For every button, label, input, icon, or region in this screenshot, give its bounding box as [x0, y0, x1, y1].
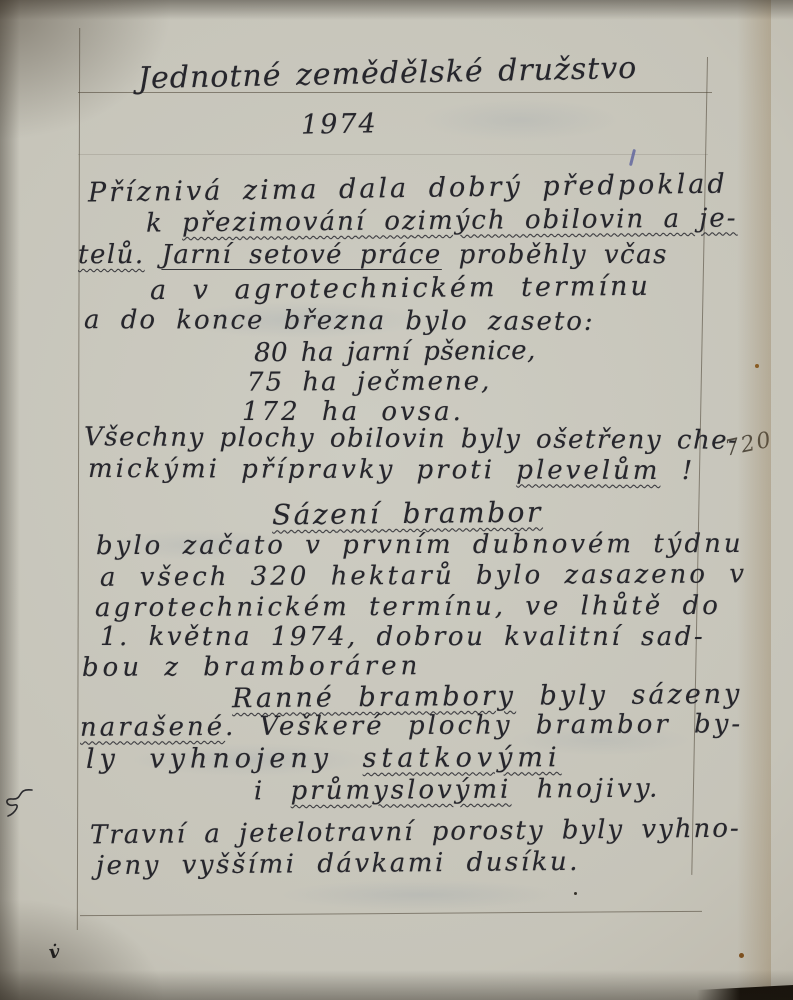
text-line: a v agrotechnickém termínu	[150, 271, 651, 306]
text-segment: telů.	[78, 240, 145, 270]
text-line: bylo začato v prvním dubnovém týdnu	[96, 529, 744, 561]
text-segment: bou z bramboráren	[82, 651, 421, 683]
text-segment: Ranné brambory	[232, 681, 516, 714]
text-line: bou z bramboráren	[82, 651, 421, 683]
text-line: mickými přípravky proti plevelům !	[88, 454, 695, 486]
blue-ink-mark	[629, 149, 636, 166]
text-segment: bylo začato v prvním dubnovém týdnu	[96, 529, 744, 561]
text-segment: Jednotné zemědělské družstvo	[138, 51, 638, 96]
ruled-line-bottom	[80, 911, 702, 916]
text-line: a všech 320 hektarů bylo zasazeno v	[100, 559, 747, 592]
text-segment: jeny vyššími dávkami dusíku.	[96, 847, 580, 881]
text-line: k přezimování ozimých obilovin a je-	[146, 203, 738, 238]
book-edge-strip	[767, 0, 793, 1000]
text-line: Travní a jetelotravní porosty byly vyhno…	[90, 814, 741, 851]
text-segment: přezimování ozimých obilovin a je-	[182, 203, 738, 238]
text-segment: 1. května 1974, dobrou kvalitní sad-	[100, 622, 705, 652]
text-segment	[145, 240, 162, 270]
text-segment: proběhly včas	[442, 240, 668, 270]
text-segment: 1974	[301, 108, 378, 140]
year-heading: 1974	[301, 108, 378, 140]
margin-check-mark: v̇	[48, 942, 61, 964]
notebook-page: Jednotné zemědělské družstvo1974Příznivá…	[0, 0, 793, 1000]
text-line: narašené. Veškeré plochy brambor by-	[80, 709, 743, 742]
text-segment: hnojivy.	[511, 774, 660, 805]
text-segment: a v agrotechnickém termínu	[150, 271, 651, 306]
text-segment: Příznivá zima dala dobrý předpoklad	[88, 169, 728, 209]
text-line: 75 ha ječmene,	[247, 366, 491, 397]
text-segment: Sázení brambor	[272, 496, 543, 532]
text-line: jeny vyššími dávkami dusíku.	[96, 847, 580, 881]
text-segment: mickými přípravky proti	[88, 454, 516, 485]
ruled-line-faint	[78, 154, 708, 155]
paper-speck	[755, 364, 759, 368]
text-segment: plevelům	[516, 455, 660, 486]
text-segment: průmyslovými	[290, 775, 511, 807]
text-line: a do konce března bylo zaseto:	[84, 305, 595, 337]
page-title: Jednotné zemědělské družstvo	[138, 51, 638, 96]
text-line: 80 ha jarní pšenice,	[254, 336, 536, 368]
text-segment: agrotechnickém termínu, ve lhůtě do	[95, 591, 721, 623]
text-segment: statkovými	[363, 742, 562, 774]
text-segment: k	[146, 208, 182, 238]
section-heading: Sázení brambor	[272, 496, 543, 532]
text-segment: Travní a jetelotravní porosty byly vyhno…	[90, 814, 741, 851]
text-segment: byly sázeny	[516, 679, 743, 712]
paper-speck	[574, 892, 577, 895]
text-line: 1. května 1974, dobrou kvalitní sad-	[100, 622, 705, 652]
text-segment: a do konce března bylo zaseto:	[84, 305, 595, 337]
paper-speck	[739, 953, 744, 958]
bottom-corner-shadow	[697, 985, 793, 1000]
ruled-line-left-margin	[77, 28, 80, 930]
text-line: agrotechnickém termínu, ve lhůtě do	[95, 591, 721, 623]
text-segment: 75 ha ječmene,	[247, 366, 491, 397]
text-line: Všechny plochy obilovin byly ošetřeny ch…	[84, 422, 739, 455]
text-segment: i	[254, 776, 291, 806]
text-segment: !	[660, 456, 695, 486]
text-line: i průmyslovými hnojivy.	[254, 774, 661, 807]
text-segment: ly vyhnojeny	[86, 743, 363, 775]
page-curvature-shadow	[737, 0, 771, 1000]
text-segment: narašené	[80, 712, 225, 743]
text-segment: 80 ha jarní pšenice,	[254, 336, 536, 368]
text-line: Příznivá zima dala dobrý předpoklad	[88, 169, 728, 209]
text-segment: . Veškeré plochy brambor by-	[225, 709, 743, 742]
text-segment: a všech 320 hektarů bylo zasazeno v	[100, 559, 747, 592]
text-line: telů. Jarní setové práce proběhly včas	[78, 240, 668, 270]
text-segment: Jarní setové práce	[161, 240, 441, 270]
text-line: ly vyhnojeny statkovými	[86, 742, 562, 775]
text-segment: Všechny plochy obilovin byly ošetřeny ch…	[84, 422, 739, 455]
margin-doodle-icon	[2, 786, 38, 828]
